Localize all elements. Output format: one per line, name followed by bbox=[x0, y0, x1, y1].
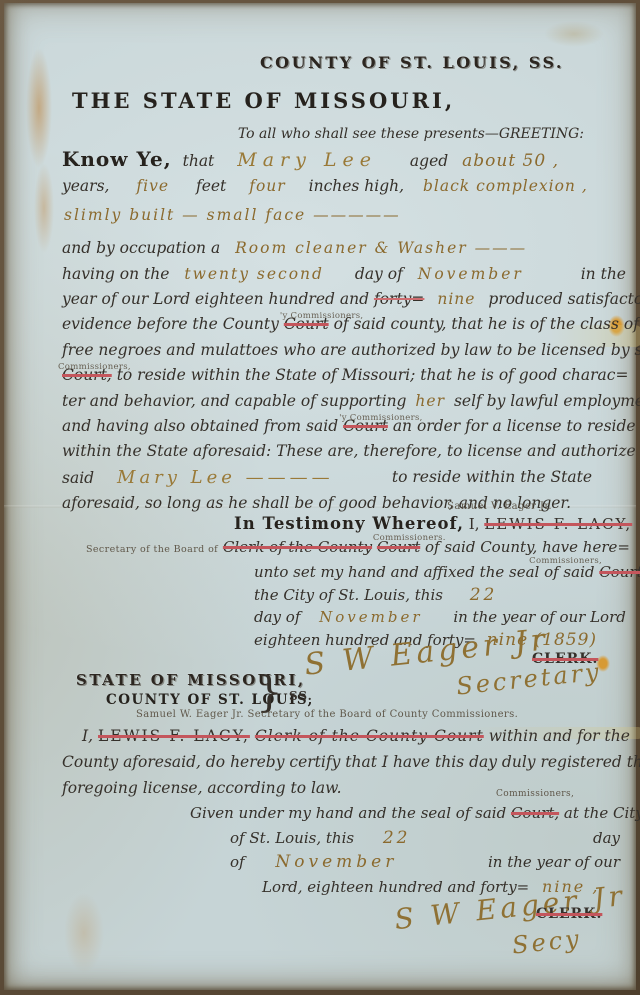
license-line-5: having on the twenty second day of Novem… bbox=[62, 262, 592, 287]
license-line-9: Commissioners,Court, to reside within th… bbox=[62, 363, 592, 388]
secy-handwritten: Secy bbox=[511, 924, 583, 959]
county-heading-text: COUNTY OF ST. LOUIS, SS. bbox=[260, 53, 564, 72]
given-line-2: of St. Louis, this 22 day bbox=[230, 826, 620, 851]
license-line-7: evidence before the County 'y Commission… bbox=[62, 312, 592, 337]
produced-words: produced satisfactory bbox=[488, 290, 640, 308]
reside2-words: to reside within the State bbox=[392, 465, 592, 491]
eager-name-stamp-line: Samuel V. Eager Jr. bbox=[62, 501, 592, 513]
know-ye: Know Ye, bbox=[62, 147, 172, 171]
day-word-value: twenty second bbox=[184, 265, 324, 283]
struck-court-2: Commissioners,Court, bbox=[62, 366, 112, 384]
rust-stain-left-mid bbox=[34, 163, 54, 253]
month-value: November bbox=[418, 265, 524, 283]
having-on-the: having on the bbox=[62, 265, 169, 283]
of-stlouis-words: of St. Louis, this bbox=[230, 829, 354, 847]
secretary-board-stamp: Secretary of the Board of bbox=[86, 544, 218, 555]
occupation-lead: and by occupation a bbox=[62, 239, 220, 257]
month-value-3: November bbox=[275, 852, 397, 872]
struck-lacy-1: LEWIS F. LACY, bbox=[484, 515, 632, 533]
commissioners-stamp-6: Commissioners, bbox=[496, 789, 574, 799]
struck-court-5: Court, bbox=[599, 563, 640, 581]
clerk-struck-2: CLERK. bbox=[536, 906, 602, 922]
day-of-words-2: day of bbox=[254, 608, 300, 626]
greeting-line: To all who shall see these presents—GREE… bbox=[4, 126, 584, 142]
cert-i-word: I, bbox=[82, 727, 93, 745]
foregoing-words: foregoing license, according to law. bbox=[62, 779, 342, 797]
license-line-10: ter and behavior, and capable of support… bbox=[62, 389, 592, 414]
license-line-2: years, five feet four inches high, black… bbox=[62, 174, 592, 199]
state-title: THE STATE OF MISSOURI, bbox=[72, 88, 455, 113]
age-value: about 50 , bbox=[462, 151, 559, 171]
struck-court-4: Commissioners.Court bbox=[377, 538, 420, 556]
city-line-words: the City of St. Louis, this bbox=[254, 586, 443, 604]
struck-clerk-of-county: Clerk of the County bbox=[223, 538, 372, 556]
height-feet-value: five bbox=[136, 177, 169, 195]
eager-secretary-stamp: Samuel W. Eager Jr. Secretary of the Boa… bbox=[136, 709, 518, 720]
years-word: years, bbox=[62, 177, 109, 195]
commissioners-stamp-1: 'y Commissioners, bbox=[280, 304, 364, 329]
license-line-1: Know Ye, that Mary Lee aged about 50 , bbox=[62, 147, 592, 174]
order-words: an order for a license to reside bbox=[393, 417, 636, 435]
struck-lacy-2: LEWIS F. LACY, bbox=[98, 727, 250, 745]
ss-label: SS. bbox=[289, 689, 313, 703]
year-nine-value: nine bbox=[437, 290, 475, 308]
eager-secretary-stamp-line: Samuel W. Eager Jr. Secretary of the Boa… bbox=[136, 709, 518, 720]
said-word: said bbox=[62, 469, 94, 487]
of-word-3: of bbox=[230, 853, 245, 871]
certificate-line-2: County aforesaid, do hereby certify that… bbox=[62, 749, 597, 775]
given-block: Given under my hand and the seal of said… bbox=[62, 801, 597, 899]
state-title-text: THE STATE OF MISSOURI, bbox=[72, 88, 455, 113]
day-number-1: 22 bbox=[470, 585, 498, 605]
printed-forty: forty= bbox=[374, 290, 424, 308]
commissioners-stamp-2: Commissioners, bbox=[58, 355, 131, 380]
license-body: Know Ye, that Mary Lee aged about 50 , y… bbox=[62, 147, 592, 517]
commissioners-stamp-6-line: Commissioners, bbox=[496, 789, 574, 799]
day-of-words: day of bbox=[355, 265, 403, 283]
given-words: Given under my hand and the seal of said bbox=[190, 804, 506, 822]
photo-backdrop: COUNTY OF ST. LOUIS, SS. THE STATE OF MI… bbox=[0, 0, 640, 995]
license-line-3: slimly built — small face ————— bbox=[62, 203, 592, 228]
complexion-value: black complexion , bbox=[423, 177, 588, 195]
within-words: within the State aforesaid: These are, t… bbox=[62, 442, 640, 460]
day-number-2: 22 bbox=[383, 828, 411, 848]
eager-name-stamp: Samuel V. Eager Jr. bbox=[447, 501, 552, 512]
in-the-words: in the bbox=[581, 265, 626, 283]
commissioners-stamp-5: Commissioners, bbox=[529, 550, 602, 573]
testimony-line-4: the City of St. Louis, this 22 bbox=[254, 584, 592, 607]
i-word: I, bbox=[469, 515, 480, 533]
testimony-line-2: Secretary of the Board of Clerk of the C… bbox=[86, 536, 592, 562]
day-word-2: day bbox=[593, 826, 620, 851]
commissioners-stamp-3: 'y Commissioners, bbox=[339, 406, 423, 431]
county-heading: COUNTY OF ST. LOUIS, SS. bbox=[4, 53, 564, 72]
struck-court-1: 'y Commissioners,Court bbox=[284, 315, 329, 333]
occupation-value: Room cleaner & Washer ——— bbox=[235, 239, 527, 257]
clerk-label-2: CLERK. bbox=[536, 906, 602, 922]
inches-high-words: inches high, bbox=[309, 177, 404, 195]
license-line-12: within the State aforesaid: These are, t… bbox=[62, 439, 592, 464]
licensee-name-2: Mary Lee ———— bbox=[117, 467, 334, 488]
self-words: self by lawful employment; bbox=[454, 392, 640, 410]
free-negroes-words: free negroes and mulattoes who are autho… bbox=[62, 341, 640, 359]
evidence-words: evidence before the County bbox=[62, 315, 279, 333]
said-county-words: of said county, that he is of the class … bbox=[334, 315, 639, 333]
certificate-line-1: I, LEWIS F. LACY, Clerk of the County Co… bbox=[82, 723, 597, 749]
certify-words: County aforesaid, do hereby certify that… bbox=[62, 753, 640, 771]
document-paper: COUNTY OF ST. LOUIS, SS. THE STATE OF MI… bbox=[4, 3, 636, 990]
obtained-words: and having also obtained from said bbox=[62, 417, 338, 435]
struck-court-3: 'y Commissioners,Court bbox=[343, 417, 388, 435]
height-inches-value: four bbox=[249, 177, 285, 195]
struck-clerk-court: Clerk of the County Court bbox=[255, 727, 484, 745]
license-line-8: free negroes and mulattoes who are autho… bbox=[62, 338, 592, 363]
reside-words: to reside within the State of Missouri; … bbox=[117, 366, 629, 384]
within-words-2: within and for the bbox=[489, 727, 630, 745]
given-line-3: of November in the year of our bbox=[230, 850, 620, 875]
greeting-text: To all who shall see these presents—GREE… bbox=[238, 126, 584, 142]
license-line-13: said Mary Lee ———— to reside within the … bbox=[62, 465, 592, 491]
license-line-4: and by occupation a Room cleaner & Washe… bbox=[62, 236, 592, 261]
license-line-11: and having also obtained from said 'y Co… bbox=[62, 414, 592, 439]
stain-top-right bbox=[544, 21, 604, 47]
that-word: that bbox=[183, 152, 215, 170]
rust-specks-bottom bbox=[64, 893, 104, 973]
month-value-2: November bbox=[319, 608, 422, 626]
licensee-name: Mary Lee bbox=[237, 149, 377, 171]
build-description: slimly built — small face ————— bbox=[64, 206, 401, 224]
aged-word: aged bbox=[410, 152, 448, 170]
commissioners-stamp-4: Commissioners. bbox=[373, 527, 446, 550]
struck-court-6: Court, bbox=[511, 804, 559, 822]
feet-word: feet bbox=[196, 177, 226, 195]
year-lead-3: in the year of our bbox=[488, 850, 620, 875]
at-city-words: at the City bbox=[564, 804, 640, 822]
given-line-1: Given under my hand and the seal of said… bbox=[190, 801, 597, 826]
